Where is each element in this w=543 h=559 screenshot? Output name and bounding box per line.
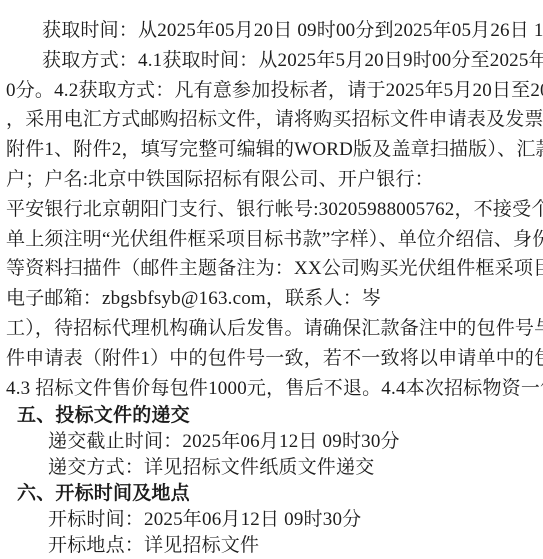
document-line-email-contact: 电子邮箱：zbgsbfsyb@163.com，联系人：岑 <box>6 284 539 314</box>
document-page: 获取时间：从2025年05月20日 09时00分到2025年05月26日 17时… <box>0 0 543 559</box>
document-line-acquire-time: 获取时间：从2025年05月20日 09时00分到2025年05月26日 17时… <box>6 16 539 46</box>
document-line-submission-method: 递交方式：详见招标文件纸质文件递交 <box>6 455 539 481</box>
document-line: 附件1、附件2，填写完整可编辑的WORD版及盖章扫描版）、汇款凭证（汇款账 <box>6 135 539 165</box>
document-line-bank-account: 平安银行北京朝阳门支行、银行帐号:30205988005762，不接受个人汇款，… <box>6 195 539 225</box>
document-line-account-name: 户；户名:北京中铁国际招标有限公司、开户银行： <box>6 165 539 195</box>
document-line-opening-place: 开标地点：详见招标文件 <box>6 533 539 559</box>
document-line: 0分。4.2获取方式：凡有意参加投标者，请于2025年5月20日至2025年5月… <box>6 76 539 106</box>
document-line-opening-time: 开标时间：2025年06月12日 09时30分 <box>6 507 539 533</box>
section-heading-bid-opening: 六、开标时间及地点 <box>6 481 539 507</box>
document-line: 工），待招标代理机构确认后发售。请确保汇款备注中的包件号与购买招标文 <box>6 314 539 344</box>
document-line: ，采用电汇方式邮购招标文件，请将购买招标文件申请表及发票开票信息表（ <box>6 105 539 135</box>
document-line-submission-deadline: 递交截止时间：2025年06月12日 09时30分 <box>6 429 539 455</box>
document-line-acquire-method: 获取方式：4.1获取时间：从2025年5月20日9时00分至2025年5月26日… <box>6 46 539 76</box>
document-line: 单上须注明“光伏组件框采项目标书款”字样）、单位介绍信、身份证复印件 <box>6 225 539 255</box>
document-line: 件申请表（附件1）中的包件号一致，若不一致将以申请单中的包件号为准。 <box>6 344 539 374</box>
document-line: 等资料扫描件（邮件主题备注为：XX公司购买光伏组件框采项目资料）发送到 <box>6 254 539 284</box>
document-line-price: 4.3 招标文件售价每包件1000元，售后不退。4.4本次招标物资一包一投。 <box>6 374 539 404</box>
section-heading-bid-submission: 五、投标文件的递交 <box>6 403 539 429</box>
